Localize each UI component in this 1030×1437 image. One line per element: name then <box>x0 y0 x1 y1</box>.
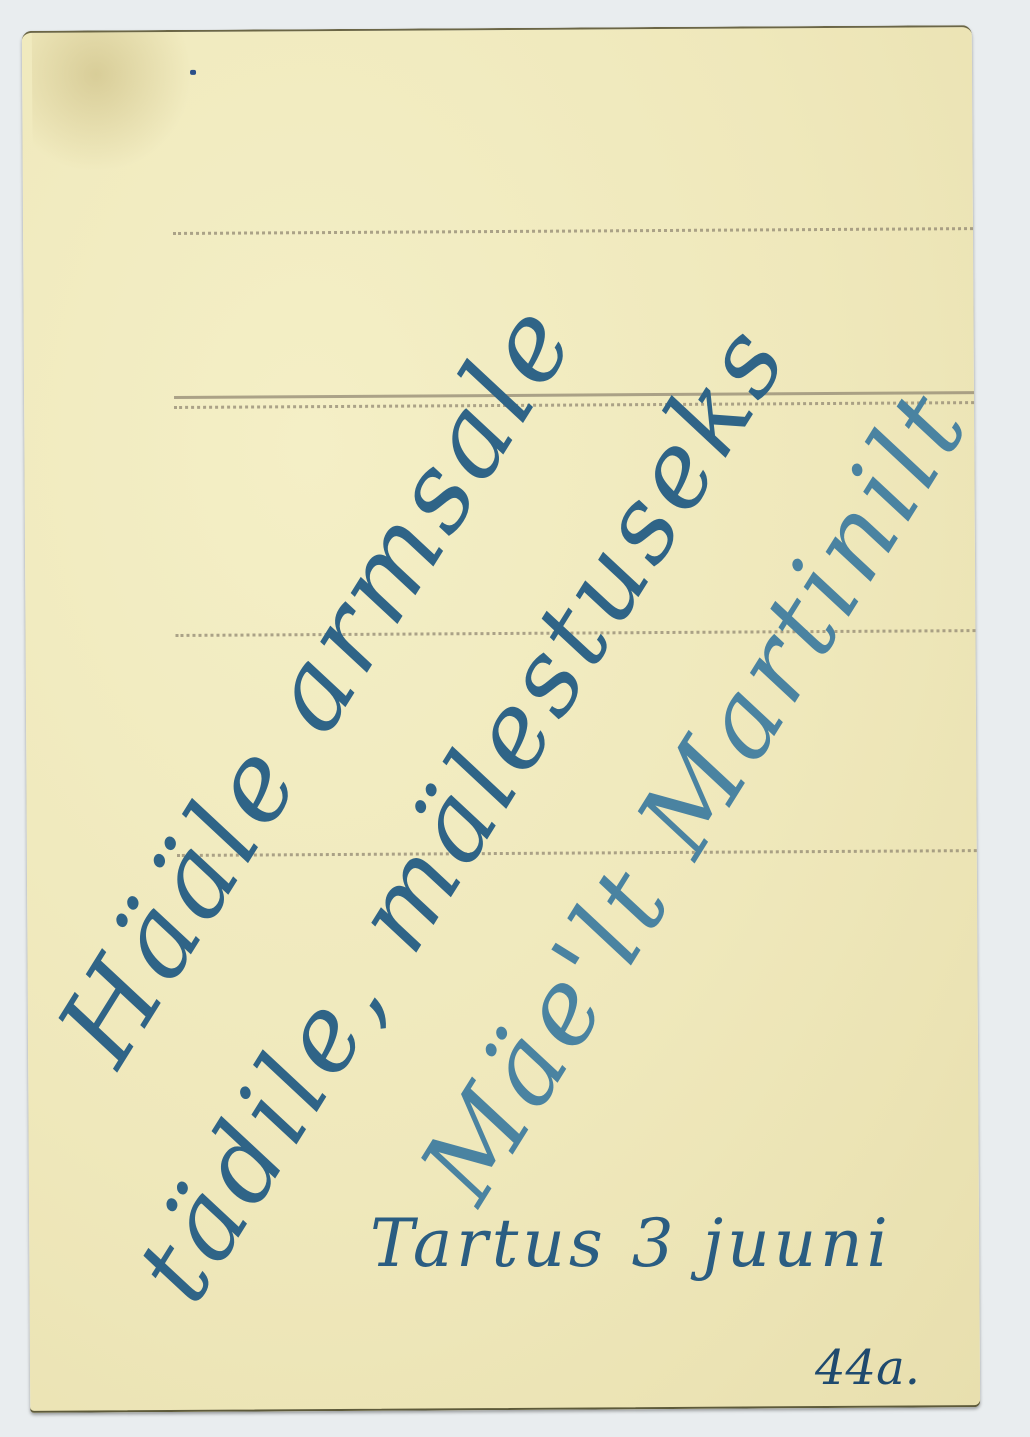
age-stain <box>32 32 193 173</box>
dotted-rule-4 <box>177 849 977 857</box>
solid-rule <box>174 391 974 399</box>
dotted-rule-2 <box>174 401 974 409</box>
ink-mark <box>190 70 196 75</box>
dotted-rule-1 <box>173 227 973 235</box>
place-date: Tartus 3 juuni <box>370 1205 892 1282</box>
year: 44a. <box>815 1340 920 1396</box>
